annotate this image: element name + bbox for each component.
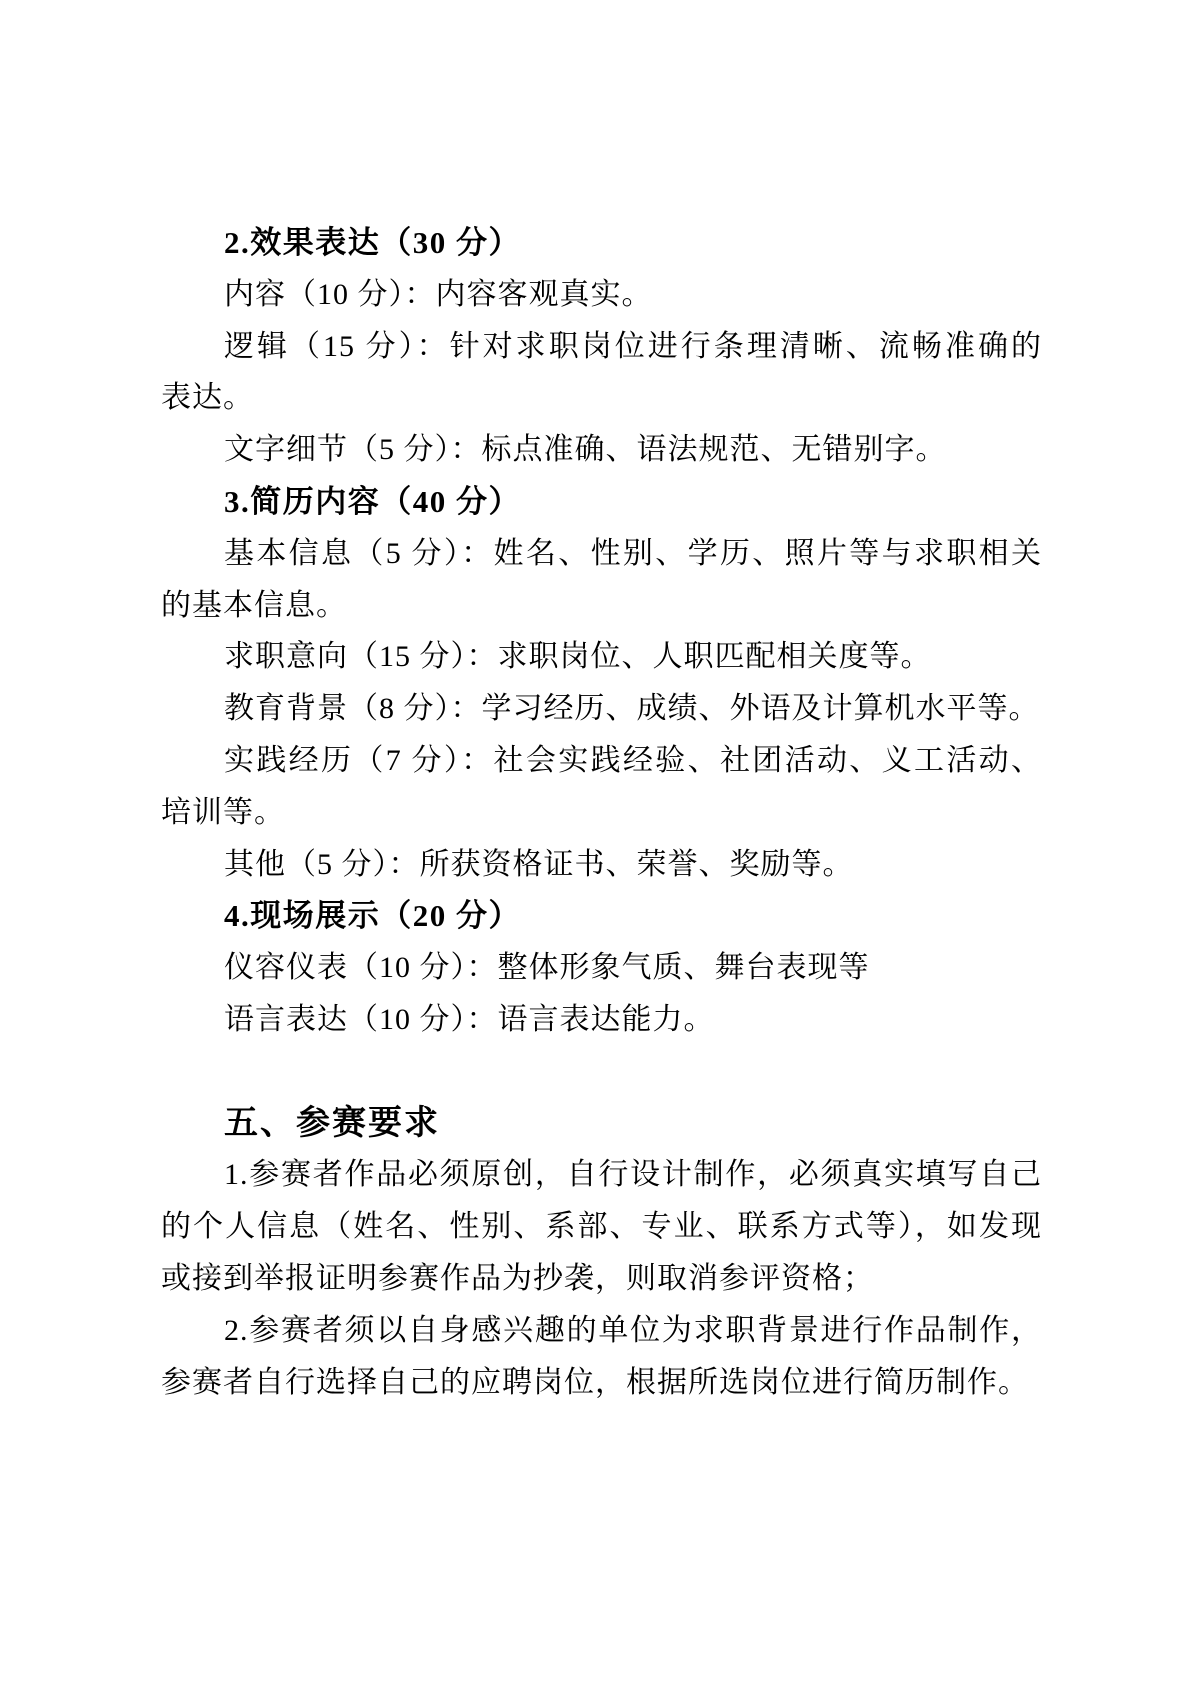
section-subheading-effect: 2.效果表达（30 分） xyxy=(161,217,1042,269)
text-line: 文字细节（5 分）：标点准确、语法规范、无错别字。 xyxy=(161,424,1042,476)
document-page: 2.效果表达（30 分）内容（10 分）：内容客观真实。逻辑（15 分）：针对求… xyxy=(0,0,1191,1684)
paragraph-requirement-1: 1.参赛者作品必须原创，自行设计制作，必须真实填写自己的个人信息（姓名、性别、系… xyxy=(161,1149,1042,1304)
section-heading-entry-requirements: 五、参赛要求 xyxy=(161,1098,1042,1150)
text-line: 逻辑（15 分）：针对求职岗位进行条理清晰、流畅准确的 xyxy=(161,321,1042,373)
text-line: 求职意向（15 分）：求职岗位、人职匹配相关度等。 xyxy=(161,631,1042,683)
text-line: 五、参赛要求 xyxy=(161,1098,1042,1150)
text-line: 3.简历内容（40 分） xyxy=(161,476,1042,528)
text-line: 语言表达（10 分）：语言表达能力。 xyxy=(161,994,1042,1046)
text-content: 2.效果表达（30 分）内容（10 分）：内容客观真实。逻辑（15 分）：针对求… xyxy=(161,217,1042,1408)
paragraph-other-item: 其他（5 分）：所获资格证书、荣誉、奖励等。 xyxy=(161,839,1042,891)
paragraph-logic-item: 逻辑（15 分）：针对求职岗位进行条理清晰、流畅准确的表达。 xyxy=(161,321,1042,425)
paragraph-job-intention-item: 求职意向（15 分）：求职岗位、人职匹配相关度等。 xyxy=(161,631,1042,683)
paragraph-education-item: 教育背景（8 分）：学习经历、成绩、外语及计算机水平等。 xyxy=(161,683,1042,735)
paragraph-verbal-item: 语言表达（10 分）：语言表达能力。 xyxy=(161,994,1042,1046)
text-line: 内容（10 分）：内容客观真实。 xyxy=(161,269,1042,321)
text-line: 2.参赛者须以自身感兴趣的单位为求职背景进行作品制作， xyxy=(161,1305,1042,1357)
section-subheading-resume-content: 3.简历内容（40 分） xyxy=(161,476,1042,528)
text-line: 4.现场展示（20 分） xyxy=(161,890,1042,942)
paragraph-requirement-2: 2.参赛者须以自身感兴趣的单位为求职背景进行作品制作，参赛者自行选择自己的应聘岗… xyxy=(161,1305,1042,1409)
text-line: 仪容仪表（10 分）：整体形象气质、舞台表现等 xyxy=(161,942,1042,994)
paragraph-content-item: 内容（10 分）：内容客观真实。 xyxy=(161,269,1042,321)
blank-line xyxy=(161,1046,1042,1098)
text-line: 教育背景（8 分）：学习经历、成绩、外语及计算机水平等。 xyxy=(161,683,1042,735)
section-subheading-live-show: 4.现场展示（20 分） xyxy=(161,890,1042,942)
text-line: 培训等。 xyxy=(161,787,1042,839)
text-line: 的个人信息（姓名、性别、系部、专业、联系方式等），如发现 xyxy=(161,1201,1042,1253)
paragraph-appearance-item: 仪容仪表（10 分）：整体形象气质、舞台表现等 xyxy=(161,942,1042,994)
paragraph-text-detail-item: 文字细节（5 分）：标点准确、语法规范、无错别字。 xyxy=(161,424,1042,476)
text-line: 参赛者自行选择自己的应聘岗位，根据所选岗位进行简历制作。 xyxy=(161,1357,1042,1409)
text-line: 或接到举报证明参赛作品为抄袭，则取消参评资格； xyxy=(161,1253,1042,1305)
paragraph-basic-info-item: 基本信息（5 分）：姓名、性别、学历、照片等与求职相关的基本信息。 xyxy=(161,528,1042,632)
text-line: 表达。 xyxy=(161,372,1042,424)
paragraph-practice-item: 实践经历（7 分）：社会实践经验、社团活动、义工活动、培训等。 xyxy=(161,735,1042,839)
text-line: 的基本信息。 xyxy=(161,580,1042,632)
text-line: 2.效果表达（30 分） xyxy=(161,217,1042,269)
text-line: 其他（5 分）：所获资格证书、荣誉、奖励等。 xyxy=(161,839,1042,891)
text-line: 1.参赛者作品必须原创，自行设计制作，必须真实填写自己 xyxy=(161,1149,1042,1201)
text-line: 实践经历（7 分）：社会实践经验、社团活动、义工活动、 xyxy=(161,735,1042,787)
text-line: 基本信息（5 分）：姓名、性别、学历、照片等与求职相关 xyxy=(161,528,1042,580)
